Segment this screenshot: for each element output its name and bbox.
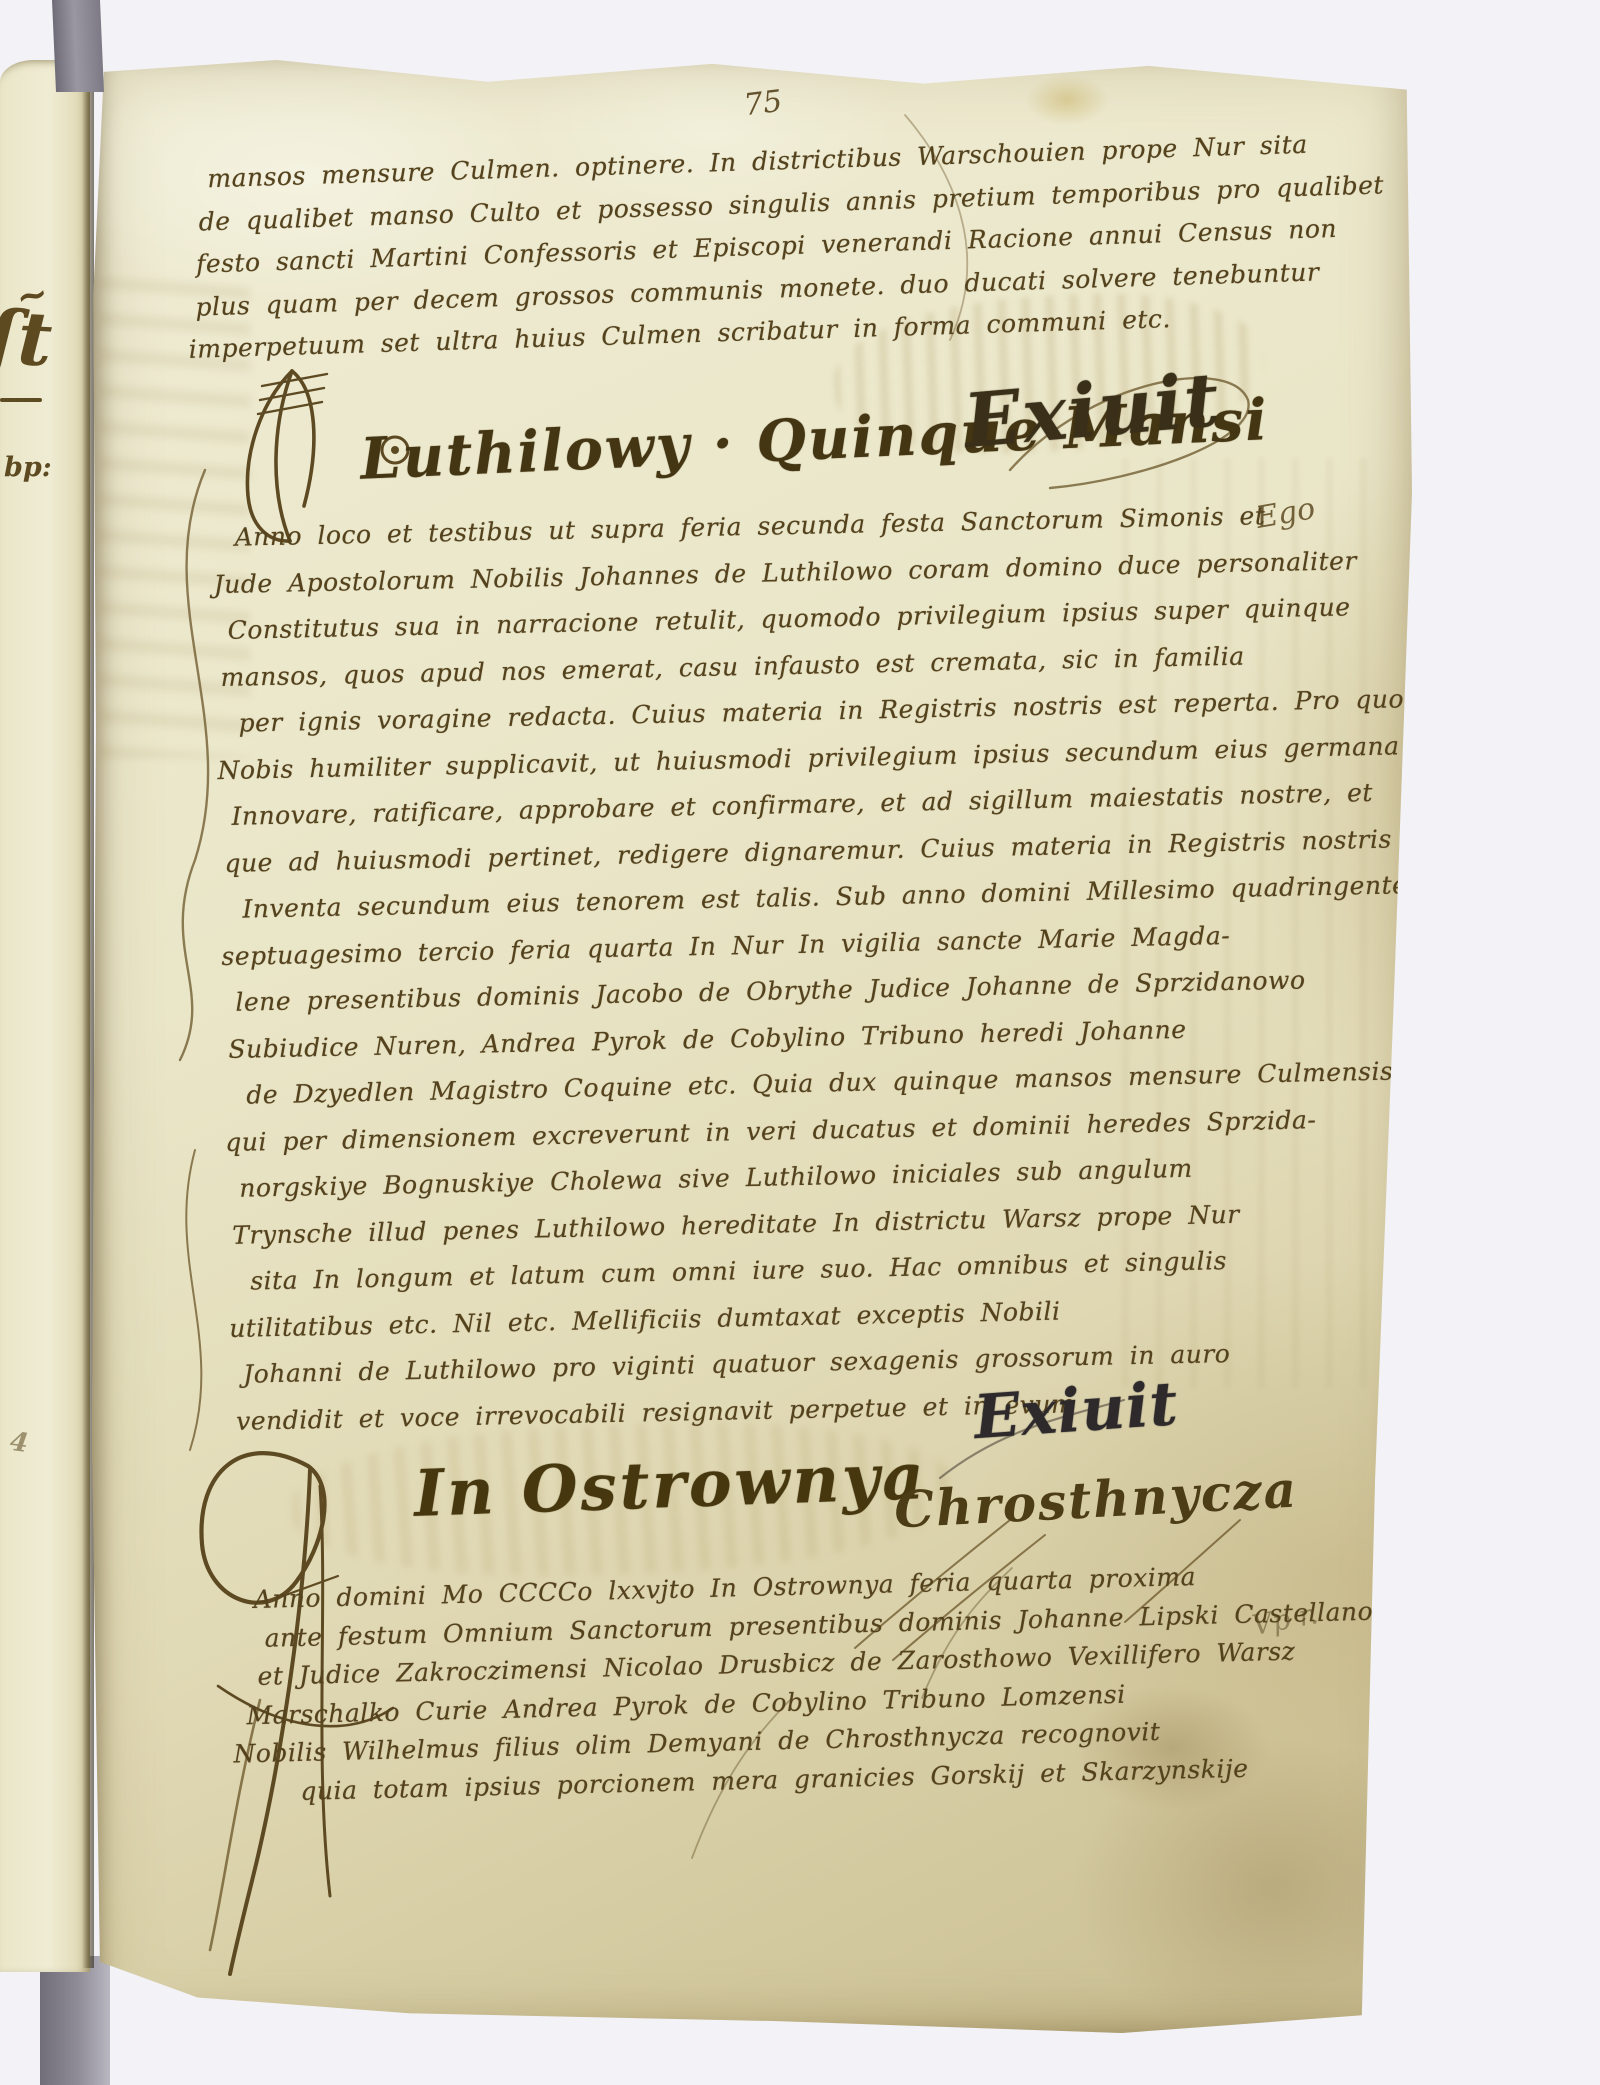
margin-flourish [186, 1150, 201, 1450]
facing-page-edge: ~ ſt bp: 4 [0, 60, 90, 1972]
facing-page-ink-mark: 4 [8, 1427, 30, 1459]
paragraph-entry-luthilowy: Anno loco et testibus ut supra feria sec… [210, 497, 1480, 1453]
paragraph-preamble: mansos mensure Culmen. optinere. In dist… [191, 127, 1389, 377]
paragraph-entry-ostrownya: Anno domini Mo CCCCo lxxvjto In Ostrowny… [235, 1555, 1502, 1817]
manuscript-scan: ~ ſt bp: 4 [0, 0, 1600, 2085]
facing-page-ink-stroke [0, 398, 42, 402]
exit-annotation: Exiuit [972, 1369, 1181, 1453]
margin-flourish [180, 470, 208, 1060]
section-heading-ostrownya: In Ostrownya [413, 1439, 928, 1532]
parchment-page: 75 mansos mensure Culmen. optinere. In d… [92, 58, 1412, 2033]
facing-page-ink-mark: bp: [4, 452, 52, 483]
facing-page-ink-mark: ſt [0, 294, 54, 383]
binding-gutter-shadow [82, 88, 94, 1968]
bookmark-ribbon-top [52, 0, 104, 92]
section-heading-chrosthnycza: Chrosthnycza [893, 1459, 1300, 1539]
bookmark-ribbon-bottom [40, 1956, 110, 2085]
folio-number: 75 [742, 84, 784, 123]
